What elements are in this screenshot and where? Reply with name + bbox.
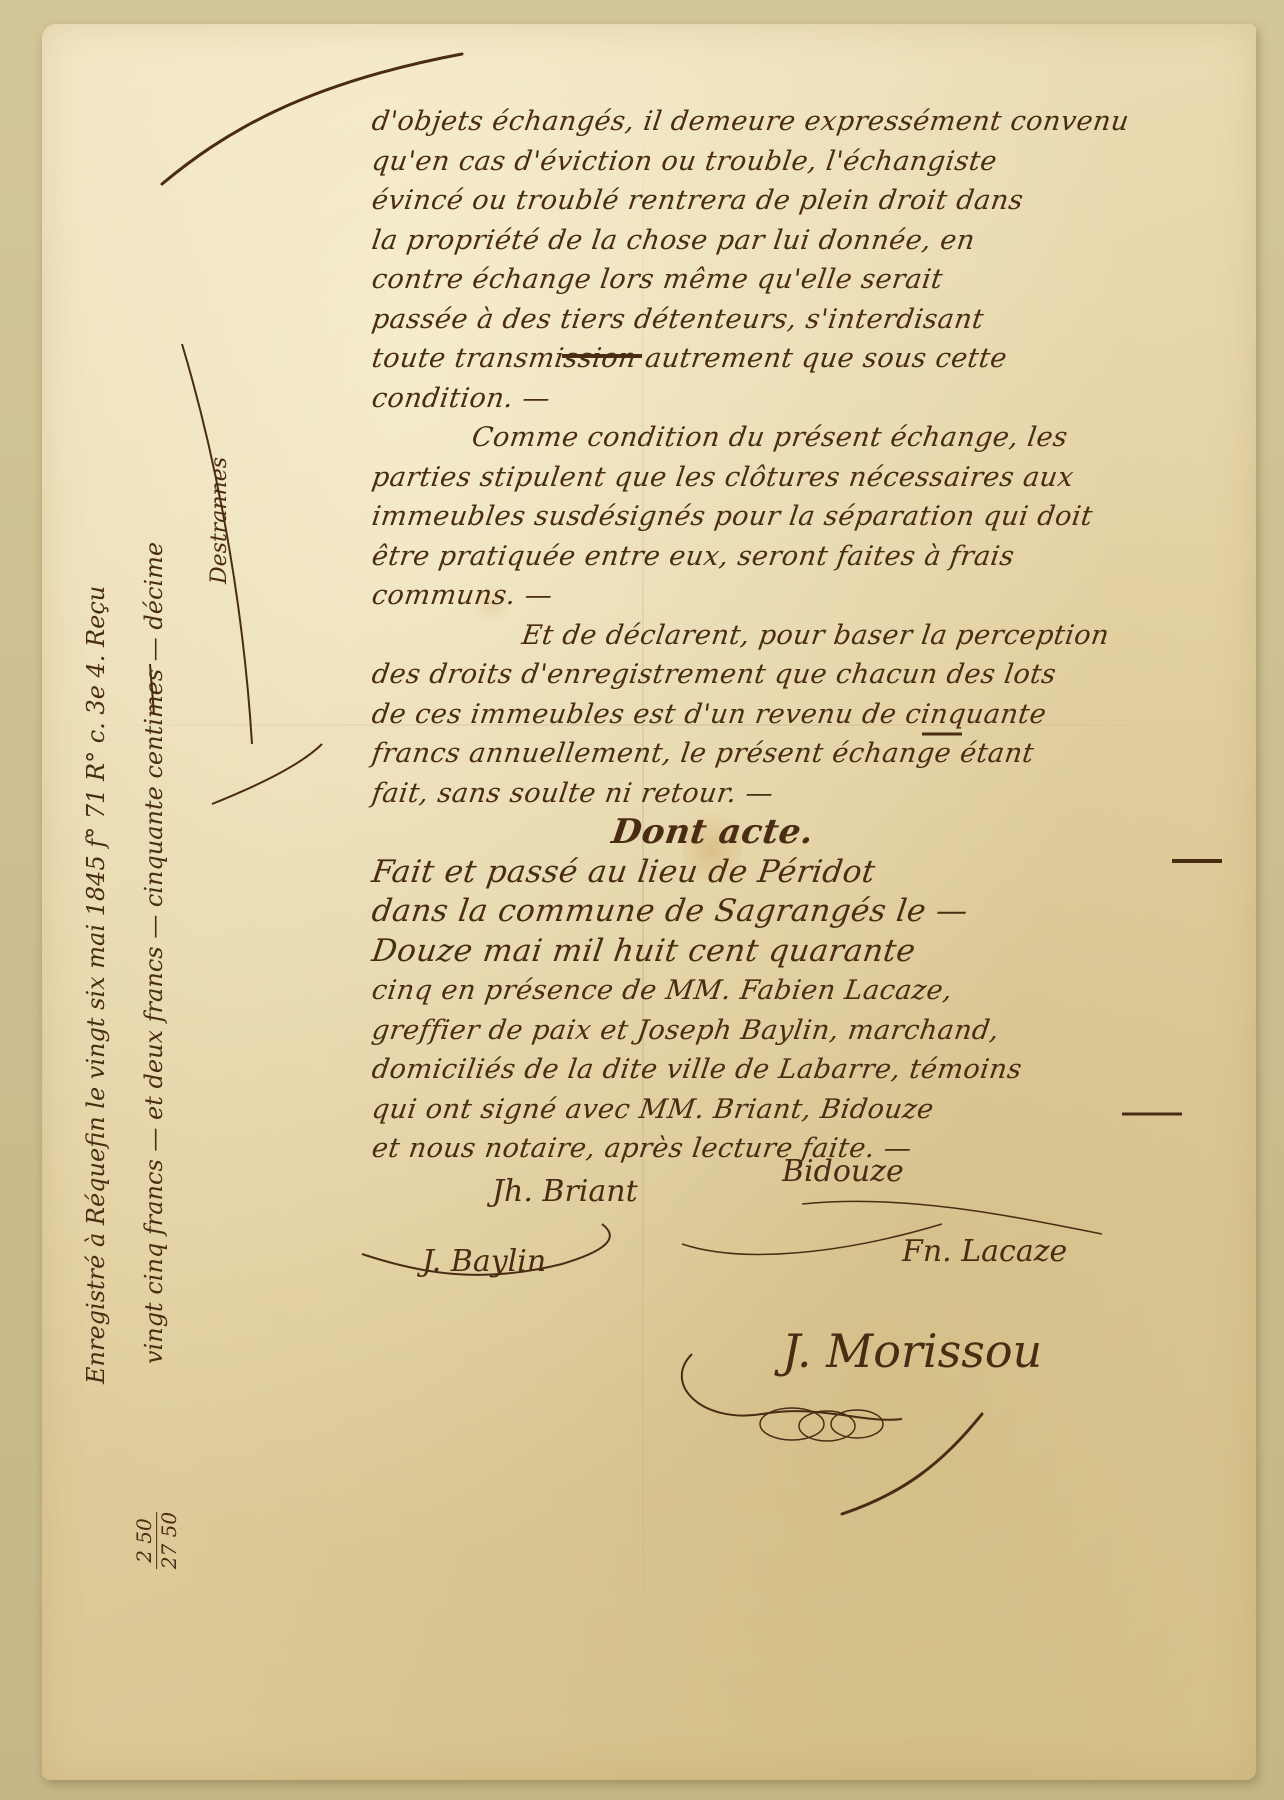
deed-line: passée à des tiers détenteurs, s'interdi…	[369, 300, 1256, 340]
deed-line: contre échange lors même qu'elle serait	[369, 260, 1256, 300]
signature-baylin: J. Baylin	[422, 1244, 546, 1279]
deed-line: francs annuellement, le présent échange …	[369, 734, 1256, 774]
deed-line: des droits d'enregistrement que chacun d…	[369, 655, 1256, 695]
deed-line: être pratiquée entre eux, seront faites …	[369, 537, 1256, 577]
deed-line: de ces immeubles est d'un revenu de cinq…	[369, 695, 1256, 735]
signature-briant: Jh. Briant	[492, 1174, 638, 1209]
deed-line: domiciliés de la dite ville de Labarre, …	[369, 1050, 1256, 1090]
deed-line: condition. —	[369, 379, 1256, 419]
deed-line: Comme condition du présent échange, les	[369, 418, 1256, 458]
deed-heading: Dont acte.	[369, 813, 1256, 853]
margin-note-registration: Enregistré à Réquefin le vingt six mai 1…	[82, 586, 110, 1384]
deed-line: immeubles susdésignés pour la séparation…	[369, 497, 1256, 537]
signature-notary: J. Morissou	[782, 1324, 1042, 1378]
deed-line: dans la commune de Sagrangés le —	[369, 892, 1256, 932]
signature-lacaze: Fn. Lacaze	[902, 1234, 1067, 1269]
deed-line: toute transmission autrement que sous ce…	[369, 339, 1256, 379]
fraction-bottom: 27 50	[156, 1512, 181, 1569]
margin-fraction: 2 50 27 50	[132, 1512, 181, 1569]
deed-line: greffier de paix et Joseph Baylin, march…	[369, 1011, 1256, 1051]
fraction-top: 2 50	[132, 1512, 156, 1569]
deed-body: d'objets échangés, il demeure expresséme…	[372, 102, 1256, 1169]
deed-line: cinq en présence de MM. Fabien Lacaze,	[369, 971, 1256, 1011]
margin-note-signature: Destrannes	[207, 457, 232, 584]
margin-note-fees: vingt cinq francs — et deux francs — cin…	[140, 542, 168, 1364]
deed-line: Douze mai mil huit cent quarante	[369, 932, 1256, 972]
deed-line: la propriété de la chose par lui donnée,…	[369, 221, 1256, 261]
signature-bidouze: Bidouze	[782, 1154, 904, 1189]
deed-line: qui ont signé avec MM. Briant, Bidouze	[369, 1090, 1256, 1130]
deed-line: évincé ou troublé rentrera de plein droi…	[369, 181, 1256, 221]
deed-line: Fait et passé au lieu de Péridot	[369, 853, 1256, 893]
deed-line: d'objets échangés, il demeure expresséme…	[369, 102, 1256, 142]
deed-line: parties stipulent que les clôtures néces…	[369, 458, 1256, 498]
document-page: d'objets échangés, il demeure expresséme…	[42, 24, 1256, 1780]
deed-line: Et de déclarent, pour baser la perceptio…	[369, 616, 1256, 656]
deed-line: communs. —	[369, 576, 1256, 616]
deed-line: qu'en cas d'éviction ou trouble, l'échan…	[369, 142, 1256, 182]
deed-line: fait, sans soulte ni retour. —	[369, 774, 1256, 814]
